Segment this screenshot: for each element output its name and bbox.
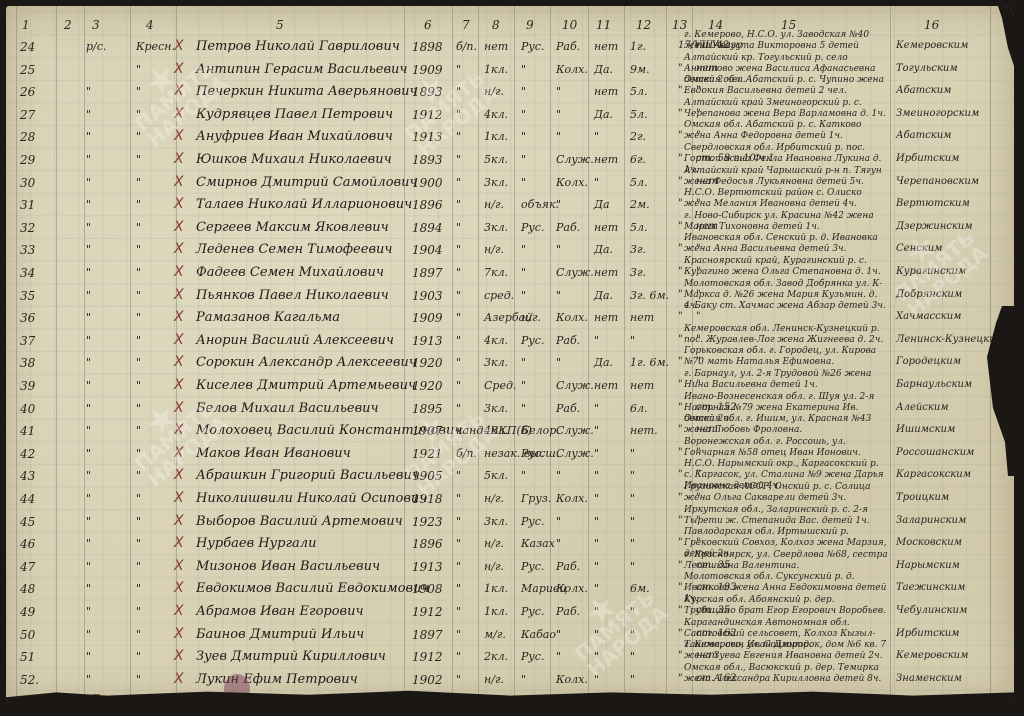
education: н/г. bbox=[484, 85, 504, 98]
row-number: 41 bbox=[20, 424, 35, 438]
draft-office: Черепановским bbox=[896, 176, 979, 187]
row-number: 26 bbox=[20, 85, 35, 99]
col3-value: " bbox=[86, 243, 91, 256]
social-status: " bbox=[556, 469, 561, 482]
check-mark: Х bbox=[174, 422, 184, 438]
person-name: Пьянков Павел Николаевич bbox=[196, 288, 389, 303]
person-name: Сорокин Александр Алексеевич bbox=[196, 355, 417, 370]
education: н/г. bbox=[484, 243, 504, 256]
address-relatives: Омская обл. Абатский р. с. Катково жена … bbox=[684, 120, 889, 142]
service-term: " bbox=[630, 515, 635, 528]
address-relatives: Ивановская обл. Сенский р. д. Ивановка ж… bbox=[684, 233, 889, 255]
col3-value: р/с. bbox=[86, 40, 106, 53]
check-mark: Х bbox=[174, 558, 184, 574]
birth-year: 1912 bbox=[412, 108, 443, 122]
col4-value: " bbox=[136, 153, 141, 166]
social-status: " bbox=[556, 650, 561, 663]
col4-value: " bbox=[136, 176, 141, 189]
col4-value: Кресн. bbox=[136, 40, 175, 53]
service-term: нет bbox=[630, 379, 654, 392]
row-number: 37 bbox=[20, 334, 35, 348]
person-name: Киселев Дмитрий Артемьевич bbox=[196, 378, 416, 393]
draft-office: Курагинским bbox=[896, 266, 966, 277]
party-status: б/п. bbox=[456, 447, 477, 460]
family-status: " bbox=[594, 650, 599, 663]
social-status: " bbox=[556, 243, 561, 256]
nationality: " bbox=[521, 108, 526, 121]
birth-year: 1909 bbox=[412, 63, 443, 77]
party-status: " bbox=[456, 673, 461, 686]
party-status: " bbox=[456, 130, 461, 143]
draft-office: Барнаульским bbox=[896, 379, 972, 390]
col3-value: " bbox=[86, 582, 91, 595]
family-status: Да bbox=[594, 198, 610, 211]
education: 1кл. bbox=[484, 605, 508, 618]
check-mark: Х bbox=[174, 287, 184, 303]
service-term: " bbox=[630, 537, 635, 550]
draft-office: Россошанским bbox=[896, 447, 974, 458]
party-status: " bbox=[456, 221, 461, 234]
date: " bbox=[678, 63, 683, 74]
row-number: 29 bbox=[20, 153, 35, 167]
date: " bbox=[678, 198, 683, 209]
education: 4кл. bbox=[484, 424, 508, 437]
person-name: Фадеев Семен Михайлович bbox=[196, 265, 384, 280]
col3-value: " bbox=[86, 356, 91, 369]
column-header-11: 11 bbox=[596, 18, 611, 32]
education: 3кл. bbox=[484, 221, 508, 234]
column-header-3: 3 bbox=[92, 18, 100, 32]
date: " bbox=[678, 492, 683, 503]
col4-value: " bbox=[136, 515, 141, 528]
person-name: Печеркин Никита Аверьянович bbox=[196, 84, 418, 99]
nationality: " bbox=[521, 153, 526, 166]
address-relatives: Иркутская обл., Заларинский р. с. 2-я Ты… bbox=[684, 505, 889, 527]
col3-value: " bbox=[86, 334, 91, 347]
date: " bbox=[678, 176, 683, 187]
social-status: Служ. bbox=[556, 447, 594, 460]
nationality: Груз. bbox=[521, 492, 551, 505]
service-term: 5л. bbox=[630, 221, 648, 234]
draft-office: Знаменским bbox=[896, 673, 962, 684]
draft-office: Каргасокским bbox=[896, 469, 971, 480]
social-status: Колх. bbox=[556, 492, 588, 505]
col3-value: " bbox=[86, 424, 91, 437]
family-status: Да. bbox=[594, 289, 613, 302]
person-name: Зуев Дмитрий Кириллович bbox=[196, 649, 386, 664]
row-number: 38 bbox=[20, 356, 35, 370]
col4-value: " bbox=[136, 650, 141, 663]
check-mark: Х bbox=[174, 445, 184, 461]
col3-value: " bbox=[86, 176, 91, 189]
service-term: 2м. bbox=[630, 198, 650, 211]
check-mark: Х bbox=[174, 467, 184, 483]
service-term: 6г. bbox=[630, 153, 646, 166]
education: 1кл. bbox=[484, 63, 508, 76]
col4-value: " bbox=[136, 334, 141, 347]
family-status: " bbox=[594, 402, 599, 415]
check-mark: Х bbox=[174, 61, 184, 77]
column-header-5: 5 bbox=[276, 18, 284, 32]
birth-year: 1902 bbox=[412, 673, 443, 687]
family-status: " bbox=[594, 469, 599, 482]
draft-office: Вертютским bbox=[896, 198, 970, 209]
family-status: нет bbox=[594, 379, 618, 392]
birth-year: 1893 bbox=[412, 85, 443, 99]
col4-value: " bbox=[136, 469, 141, 482]
col4-value: " bbox=[136, 356, 141, 369]
party-status: " bbox=[456, 289, 461, 302]
birth-year: 1893 bbox=[412, 153, 443, 167]
social-status: Раб. bbox=[556, 560, 580, 573]
row-number: 51 bbox=[20, 650, 35, 664]
education: н/г. bbox=[484, 198, 504, 211]
service-term: 9м. bbox=[630, 63, 650, 76]
person-name: Петров Николай Гаврилович bbox=[196, 39, 400, 54]
date: " bbox=[678, 289, 683, 300]
date: " bbox=[678, 311, 683, 322]
person-name: Талаев Николай Илларионович bbox=[196, 197, 412, 212]
col4-value: " bbox=[136, 628, 141, 641]
birth-year: 1908 bbox=[412, 582, 443, 596]
nationality: " bbox=[521, 130, 526, 143]
party-status: " bbox=[456, 243, 461, 256]
col3-value: " bbox=[86, 673, 91, 686]
nationality: Кабао bbox=[521, 628, 556, 641]
draft-office: Ирбитским bbox=[896, 628, 959, 639]
party-status: " bbox=[456, 356, 461, 369]
address-relatives: Красноярский край, Курагинский р. с. Кур… bbox=[684, 256, 889, 278]
col4-value: " bbox=[136, 108, 141, 121]
birth-year: 1920 bbox=[412, 356, 443, 370]
education: н/г. bbox=[484, 560, 504, 573]
nationality: " bbox=[521, 469, 526, 482]
birth-year: 1913 bbox=[412, 334, 443, 348]
check-mark: Х bbox=[174, 535, 184, 551]
party-status: " bbox=[456, 266, 461, 279]
family-status: нет bbox=[594, 85, 618, 98]
party-status: " bbox=[456, 469, 461, 482]
column-header-1: 1 bbox=[22, 18, 30, 32]
draft-office: Чебулинским bbox=[896, 605, 967, 616]
col4-value: " bbox=[136, 221, 141, 234]
person-name: Абрамов Иван Егорович bbox=[196, 604, 364, 619]
draft-office: Городецким bbox=[896, 356, 961, 367]
family-status: " bbox=[594, 492, 599, 505]
row-number: 24 bbox=[20, 40, 35, 54]
family-status: Да. bbox=[594, 63, 613, 76]
education: 7кл. bbox=[484, 266, 508, 279]
social-status: " bbox=[556, 108, 561, 121]
col3-value: " bbox=[86, 628, 91, 641]
draft-office: Троицким bbox=[896, 492, 949, 503]
check-mark: Х bbox=[174, 513, 184, 529]
service-term: 6м. bbox=[630, 582, 650, 595]
nationality: " bbox=[521, 402, 526, 415]
birth-year: 1904 bbox=[412, 243, 443, 257]
date: " bbox=[678, 130, 683, 141]
service-term: 1г. 6м. bbox=[630, 356, 669, 369]
party-status: " bbox=[456, 537, 461, 550]
col3-value: " bbox=[86, 469, 91, 482]
person-name: Сергеев Максим Яковлевич bbox=[196, 220, 389, 235]
social-status: Колх. bbox=[556, 673, 588, 686]
birth-year: 1898 bbox=[412, 40, 443, 54]
social-status: " bbox=[556, 515, 561, 528]
birth-year: 1913 bbox=[412, 560, 443, 574]
family-status: нет bbox=[594, 311, 618, 324]
check-mark: Х bbox=[174, 490, 184, 506]
col4-value: " bbox=[136, 537, 141, 550]
row-number: 25 bbox=[20, 63, 35, 77]
person-name: Рамазанов Кагальма bbox=[196, 310, 340, 325]
draft-office: Заларинским bbox=[896, 515, 966, 526]
service-term: " bbox=[630, 447, 635, 460]
family-status: " bbox=[594, 628, 599, 641]
col4-value: " bbox=[136, 424, 141, 437]
family-status: " bbox=[594, 560, 599, 573]
date: " bbox=[678, 379, 683, 390]
person-name: Ануфриев Иван Михайлович bbox=[196, 129, 393, 144]
column-header-10: 10 bbox=[562, 18, 577, 32]
address-relatives: Омская обл. г. Ишим, ул. Красная №43 жен… bbox=[684, 414, 889, 436]
education: 1кл. bbox=[484, 582, 508, 595]
date: " bbox=[678, 469, 683, 480]
address-relatives: Грузинская АССР, Онский р. с. Солица жен… bbox=[684, 482, 889, 504]
check-mark: Х bbox=[174, 196, 184, 212]
party-status: " bbox=[456, 85, 461, 98]
person-name: Кудрявцев Павел Петрович bbox=[196, 107, 393, 122]
education: 1кл. bbox=[484, 130, 508, 143]
draft-office: Тогульским bbox=[896, 63, 958, 74]
draft-office: Абатским bbox=[896, 130, 951, 141]
education: м/г. bbox=[484, 628, 506, 641]
service-term: нет. bbox=[630, 424, 658, 437]
party-status: " bbox=[456, 379, 461, 392]
social-status: Раб. bbox=[556, 605, 580, 618]
nationality: Белор. bbox=[521, 424, 560, 437]
row-number: 46 bbox=[20, 537, 35, 551]
date: " bbox=[678, 447, 683, 458]
service-term: 3г. bbox=[630, 243, 646, 256]
service-term: " bbox=[630, 673, 635, 686]
service-term: 5л. bbox=[630, 85, 648, 98]
row-number: 33 bbox=[20, 243, 35, 257]
address-relatives: Омская обл., Васюкский р. дер. Темирка ж… bbox=[684, 663, 889, 685]
party-status: " bbox=[456, 605, 461, 618]
service-term: " bbox=[630, 469, 635, 482]
birth-year: 1894 bbox=[412, 221, 443, 235]
social-status: Служ. bbox=[556, 379, 594, 392]
date: " bbox=[678, 356, 683, 367]
social-status: Служ. bbox=[556, 266, 594, 279]
draft-office: Ишимским bbox=[896, 424, 955, 435]
birth-year: 1921 bbox=[412, 447, 443, 461]
party-status: " bbox=[456, 108, 461, 121]
column-header-7: 7 bbox=[462, 18, 470, 32]
family-status: " bbox=[594, 424, 599, 437]
check-mark: Х bbox=[174, 83, 184, 99]
address-relatives: г. Баку ст. Хачмас жена Абзар детей 3ч. bbox=[684, 301, 889, 312]
birth-year: 1907 bbox=[412, 424, 443, 438]
row-number: 32 bbox=[20, 221, 35, 235]
family-status: Да. bbox=[594, 243, 613, 256]
address-relatives: Алтайский край Змеиногорский р. с. Череп… bbox=[684, 98, 889, 120]
check-mark: Х bbox=[174, 332, 184, 348]
social-status: Раб. bbox=[556, 40, 580, 53]
col4-value: " bbox=[136, 560, 141, 573]
birth-year: 1923 bbox=[412, 515, 443, 529]
date: " bbox=[678, 673, 683, 684]
col3-value: " bbox=[86, 402, 91, 415]
nationality: Рус. bbox=[521, 605, 544, 618]
family-status: " bbox=[594, 537, 599, 550]
col4-value: " bbox=[136, 379, 141, 392]
col3-value: " bbox=[86, 289, 91, 302]
col3-value: " bbox=[86, 605, 91, 618]
row-number: 35 bbox=[20, 289, 35, 303]
education: н/г. bbox=[484, 492, 504, 505]
nationality: Рус. bbox=[521, 221, 544, 234]
check-mark: Х bbox=[174, 264, 184, 280]
date: " bbox=[678, 402, 683, 413]
social-status: Раб. bbox=[556, 221, 580, 234]
table-row: 52.""ХЛукин Ефим Петрович1902"н/г."Колх.… bbox=[6, 669, 1014, 691]
service-term: 1г. bbox=[630, 40, 646, 53]
social-status: Служ. bbox=[556, 153, 594, 166]
col4-value: " bbox=[136, 402, 141, 415]
date: " bbox=[678, 153, 683, 164]
nationality: " bbox=[521, 356, 526, 369]
date: " bbox=[678, 108, 683, 119]
column-header-8: 8 bbox=[492, 18, 500, 32]
birth-year: 1912 bbox=[412, 650, 443, 664]
row-number: 27 bbox=[20, 108, 35, 122]
family-status: нет bbox=[594, 40, 618, 53]
nationality: " bbox=[521, 379, 526, 392]
birth-year: 1920 bbox=[412, 379, 443, 393]
person-name: Николишвили Николай Осипович bbox=[196, 491, 427, 506]
birth-year: 1895 bbox=[412, 402, 443, 416]
draft-office: Кемеровским bbox=[896, 650, 968, 661]
col4-value: " bbox=[136, 85, 141, 98]
birth-year: 1903 bbox=[412, 289, 443, 303]
row-number: 48 bbox=[20, 582, 35, 596]
address-relatives: Воронежская обл. г. Россошь, ул. Гончарн… bbox=[684, 437, 889, 459]
draft-office: Нарымским bbox=[896, 560, 960, 571]
col3-value: " bbox=[86, 650, 91, 663]
col4-value: " bbox=[136, 605, 141, 618]
address-relatives: Н.С.О. Вертютский район с. Олиско жена М… bbox=[684, 188, 889, 210]
social-status: " bbox=[556, 289, 561, 302]
row-number: 45 bbox=[20, 515, 35, 529]
nationality: " bbox=[521, 289, 526, 302]
family-status: нет bbox=[594, 221, 618, 234]
date: " bbox=[678, 221, 683, 232]
birth-year: 1909 bbox=[412, 311, 443, 325]
address-relatives: г. Барнаул, ул. 2-я Трудовой №26 жена Ни… bbox=[684, 369, 889, 391]
col3-value: " bbox=[86, 130, 91, 143]
nationality: объяк. bbox=[521, 198, 559, 211]
party-status: " bbox=[456, 650, 461, 663]
draft-office: Кемеровским bbox=[896, 40, 968, 51]
education: 3кл. bbox=[484, 402, 508, 415]
check-mark: Х bbox=[174, 219, 184, 235]
address-relatives: Горьковская обл. г. Городец, ул. Кирова … bbox=[684, 346, 889, 368]
address-relatives: г. Кемерово, ул. Соцгородок, дом №6 кв. … bbox=[684, 640, 889, 662]
person-name: Анорин Василий Алексеевич bbox=[196, 333, 394, 348]
address-relatives: г. Красноярск, ул. Свердлова №68, сестра… bbox=[684, 550, 889, 572]
service-term: " bbox=[630, 650, 635, 663]
row-number: 31 bbox=[20, 198, 35, 212]
social-status: Раб. bbox=[556, 334, 580, 347]
social-status: " bbox=[556, 537, 561, 550]
draft-office: Добрянским bbox=[896, 289, 962, 300]
person-name: Выборов Василий Артемович bbox=[196, 514, 403, 529]
date: " bbox=[678, 582, 683, 593]
education: нет bbox=[484, 40, 508, 53]
family-status: " bbox=[594, 447, 599, 460]
row-number: 47 bbox=[20, 560, 35, 574]
column-header-6: 6 bbox=[424, 18, 432, 32]
birth-year: 1912 bbox=[412, 605, 443, 619]
education: 3кл. bbox=[484, 356, 508, 369]
social-status: Служ. bbox=[556, 424, 594, 437]
nationality: Рус. bbox=[521, 560, 544, 573]
party-status: " bbox=[456, 311, 461, 324]
draft-office: Хачмасским bbox=[896, 311, 961, 322]
person-name: Смирнов Дмитрий Самойлович bbox=[196, 175, 418, 190]
row-number: 39 bbox=[20, 379, 35, 393]
check-mark: Х bbox=[174, 128, 184, 144]
party-status: " bbox=[456, 153, 461, 166]
social-status: " bbox=[556, 198, 561, 211]
nationality: " bbox=[521, 673, 526, 686]
check-mark: Х bbox=[174, 354, 184, 370]
party-status: " bbox=[456, 515, 461, 528]
service-term: нет bbox=[630, 311, 654, 324]
date: " bbox=[678, 334, 683, 345]
party-status: " bbox=[456, 582, 461, 595]
service-term: 6л. bbox=[630, 402, 648, 415]
date: " bbox=[678, 650, 683, 661]
person-name: Нурбаев Нургали bbox=[196, 536, 316, 551]
date: " bbox=[678, 605, 683, 616]
family-status: Да. bbox=[594, 108, 613, 121]
date: " bbox=[678, 537, 683, 548]
col3-value: " bbox=[86, 537, 91, 550]
family-status: Да. bbox=[594, 356, 613, 369]
row-number: 52. bbox=[20, 673, 39, 687]
education: 3кл. bbox=[484, 515, 508, 528]
check-mark: Х bbox=[174, 309, 184, 325]
check-mark: Х bbox=[174, 241, 184, 257]
row-number: 36 bbox=[20, 311, 35, 325]
family-status: " bbox=[594, 176, 599, 189]
social-status: Колх. bbox=[556, 63, 588, 76]
draft-office: Алейским bbox=[896, 402, 949, 413]
check-mark: Х bbox=[174, 648, 184, 664]
column-header-9: 9 bbox=[526, 18, 534, 32]
birth-year: 1905 bbox=[412, 469, 443, 483]
col3-value: " bbox=[86, 108, 91, 121]
check-mark: Х bbox=[174, 603, 184, 619]
social-status: Колх. bbox=[556, 176, 588, 189]
nationality: Рус. bbox=[521, 334, 544, 347]
nationality: " bbox=[521, 63, 526, 76]
address-relatives: г. Кемерово, Н.С.О. ул. Заводская №40 же… bbox=[684, 30, 889, 52]
party-status: " bbox=[456, 492, 461, 505]
